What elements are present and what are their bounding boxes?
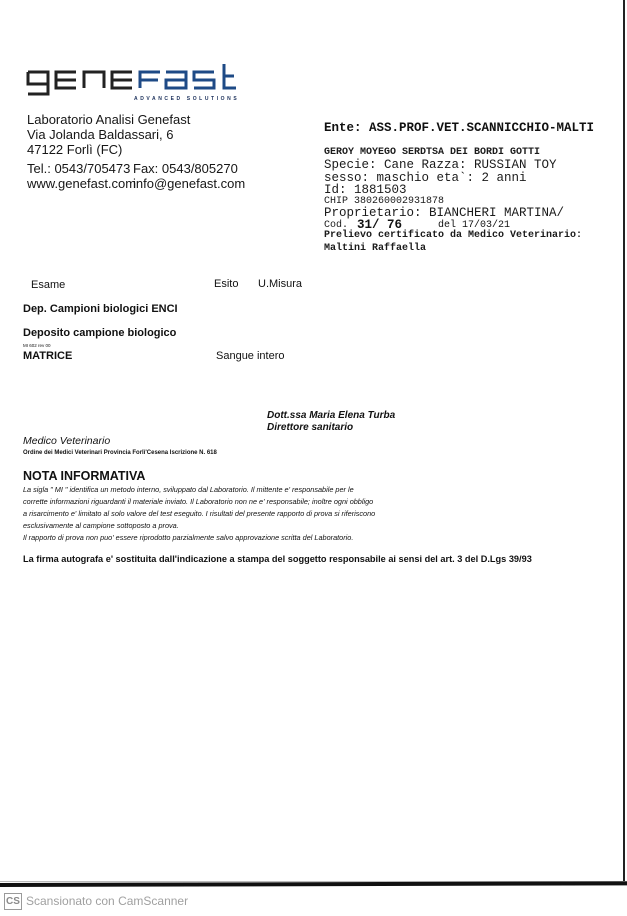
animal-id: Id: 1881503 xyxy=(324,183,407,197)
camscanner-watermark: Scansionato con CamScanner xyxy=(26,894,188,908)
matrix-label: MATRICE xyxy=(23,350,72,362)
header-esito: Esito xyxy=(214,278,238,290)
signature-notice: La firma autografa e' sostituita dall'in… xyxy=(23,554,532,564)
header-esame: Esame xyxy=(31,279,65,291)
lab-website: www.genefast.com xyxy=(27,176,136,191)
note-title: NOTA INFORMATIVA xyxy=(23,469,145,483)
lab-city: 47122 Forlì (FC) xyxy=(27,142,122,157)
genefast-wordmark-icon xyxy=(26,64,236,98)
method-code: MI 602 rev 00 xyxy=(23,343,51,348)
page-edge-right xyxy=(623,0,625,885)
ente-line: Ente: ASS.PROF.VET.SCANNICCHIO-MALTI xyxy=(324,121,594,135)
test-name: Deposito campione biologico xyxy=(23,327,176,339)
note-line: corrette informazioni riguardanti il mat… xyxy=(23,497,373,506)
note-line: Il rapporto di prova non puo' essere rip… xyxy=(23,533,353,542)
lab-email: info@genefast.com xyxy=(133,176,245,191)
note-line: esclusivamente al campione sottoposto a … xyxy=(23,521,179,530)
note-line: a risarcimento e' limitato al solo valor… xyxy=(23,509,375,518)
logo-tagline: ADVANCED SOLUTIONS xyxy=(134,96,239,102)
lab-street: Via Jolanda Baldassari, 6 xyxy=(27,127,173,142)
header-umisura: U.Misura xyxy=(258,278,302,290)
vet-role: Medico Veterinario xyxy=(23,435,110,447)
vet-name: Maltini Raffaella xyxy=(324,243,426,254)
matrix-value: Sangue intero xyxy=(216,350,285,362)
director-name: Dott.ssa Maria Elena Turba xyxy=(267,410,395,421)
lab-name: Laboratorio Analisi Genefast xyxy=(27,112,190,127)
lab-tel: Tel.: 0543/705473 xyxy=(27,161,130,176)
species-breed: Specie: Cane Razza: RUSSIAN TOY xyxy=(324,158,557,172)
section-title: Dep. Campioni biologici ENCI xyxy=(23,303,178,315)
camscanner-logo-icon: CS xyxy=(4,893,22,910)
vet-certified-line: Prelievo certificato da Medico Veterinar… xyxy=(324,230,582,241)
note-line: La sigla " MI " identifica un metodo int… xyxy=(23,485,354,494)
page-edge-bottom xyxy=(0,881,627,887)
director-title: Direttore sanitario xyxy=(267,422,353,433)
vet-registry: Ordine dei Medici Veterinari Provincia F… xyxy=(23,450,217,456)
animal-name: GEROY MOYEGO SERDTSA DEI BORDI GOTTI xyxy=(324,147,540,158)
lab-fax: Fax: 0543/805270 xyxy=(133,161,238,176)
